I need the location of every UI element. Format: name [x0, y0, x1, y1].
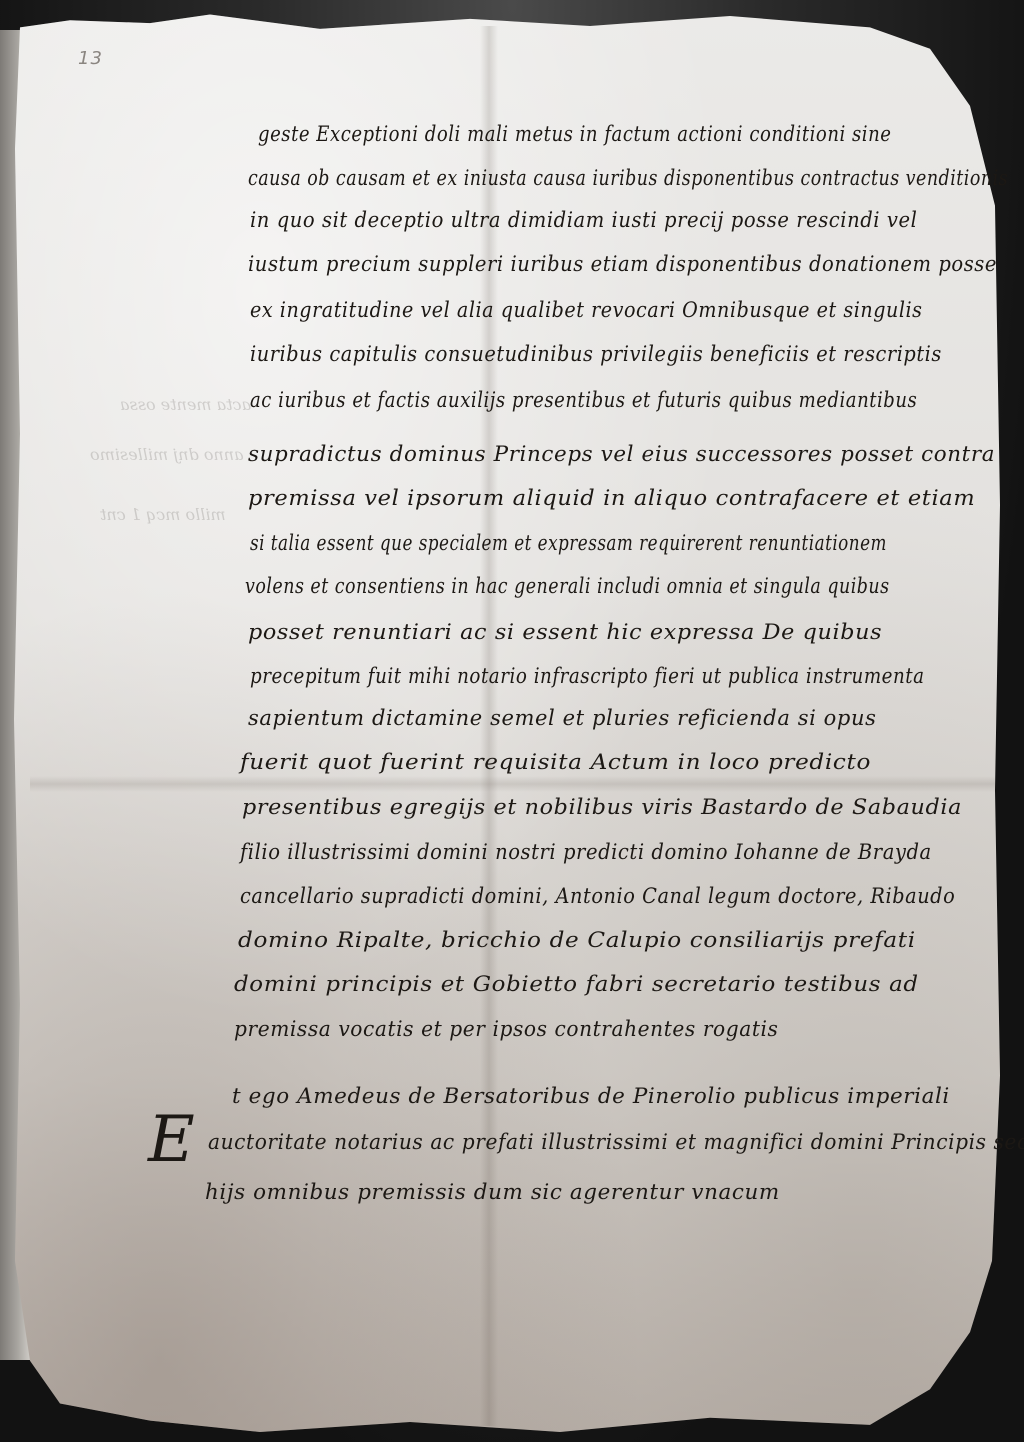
text-line: premissa vel ipsorum aliquid in aliquo c… — [248, 486, 975, 510]
text-line: premissa vocatis et per ipsos contrahent… — [234, 1017, 778, 1041]
text-line: domini principis et Gobietto fabri secre… — [234, 972, 919, 996]
text-line: ac iuribus et factis auxilijs presentibu… — [250, 388, 917, 412]
text-line: auctoritate notarius ac prefati illustri… — [208, 1130, 1024, 1154]
text-line: volens et consentiens in hac generali in… — [245, 574, 890, 598]
text-line: domino Ripalte, bricchio de Calupio cons… — [238, 928, 916, 952]
text-line: iustum precium suppleri iuribus etiam di… — [248, 252, 997, 276]
text-line: iuribus capitulis consuetudinibus privil… — [250, 342, 942, 366]
text-line: posset renuntiari ac si essent hic expre… — [248, 620, 882, 644]
text-line: si talia essent que specialem et express… — [250, 531, 887, 555]
text-line: geste Exceptioni doli mali metus in fact… — [258, 122, 891, 146]
text-line: ex ingratitudine vel alia qualibet revoc… — [250, 298, 923, 322]
text-line: t ego Amedeus de Bersatoribus de Pinerol… — [232, 1084, 950, 1108]
text-line: supradictus dominus Princeps vel eius su… — [248, 442, 995, 466]
text-line: cancellario supradicti domini, Antonio C… — [240, 884, 955, 908]
text-line: causa ob causam et ex iniusta causa iuri… — [248, 166, 1008, 190]
text-line: fuerit quot fuerint requisita Actum in l… — [240, 750, 871, 774]
text-line: hijs omnibus premissis dum sic agerentur… — [205, 1180, 780, 1204]
decorated-initial: E — [148, 1108, 195, 1172]
text-line: precepitum fuit mihi notario infrascript… — [250, 664, 925, 688]
text-line: in quo sit deceptio ultra dimidiam iusti… — [250, 208, 917, 232]
text-line: sapientum dictamine semel et pluries ref… — [248, 706, 876, 730]
text-line: filio illustrissimi domini nostri predic… — [240, 840, 932, 864]
manuscript-text: geste Exceptioni doli mali metus in fact… — [0, 0, 1024, 1442]
text-line: presentibus egregijs et nobilibus viris … — [242, 795, 962, 819]
